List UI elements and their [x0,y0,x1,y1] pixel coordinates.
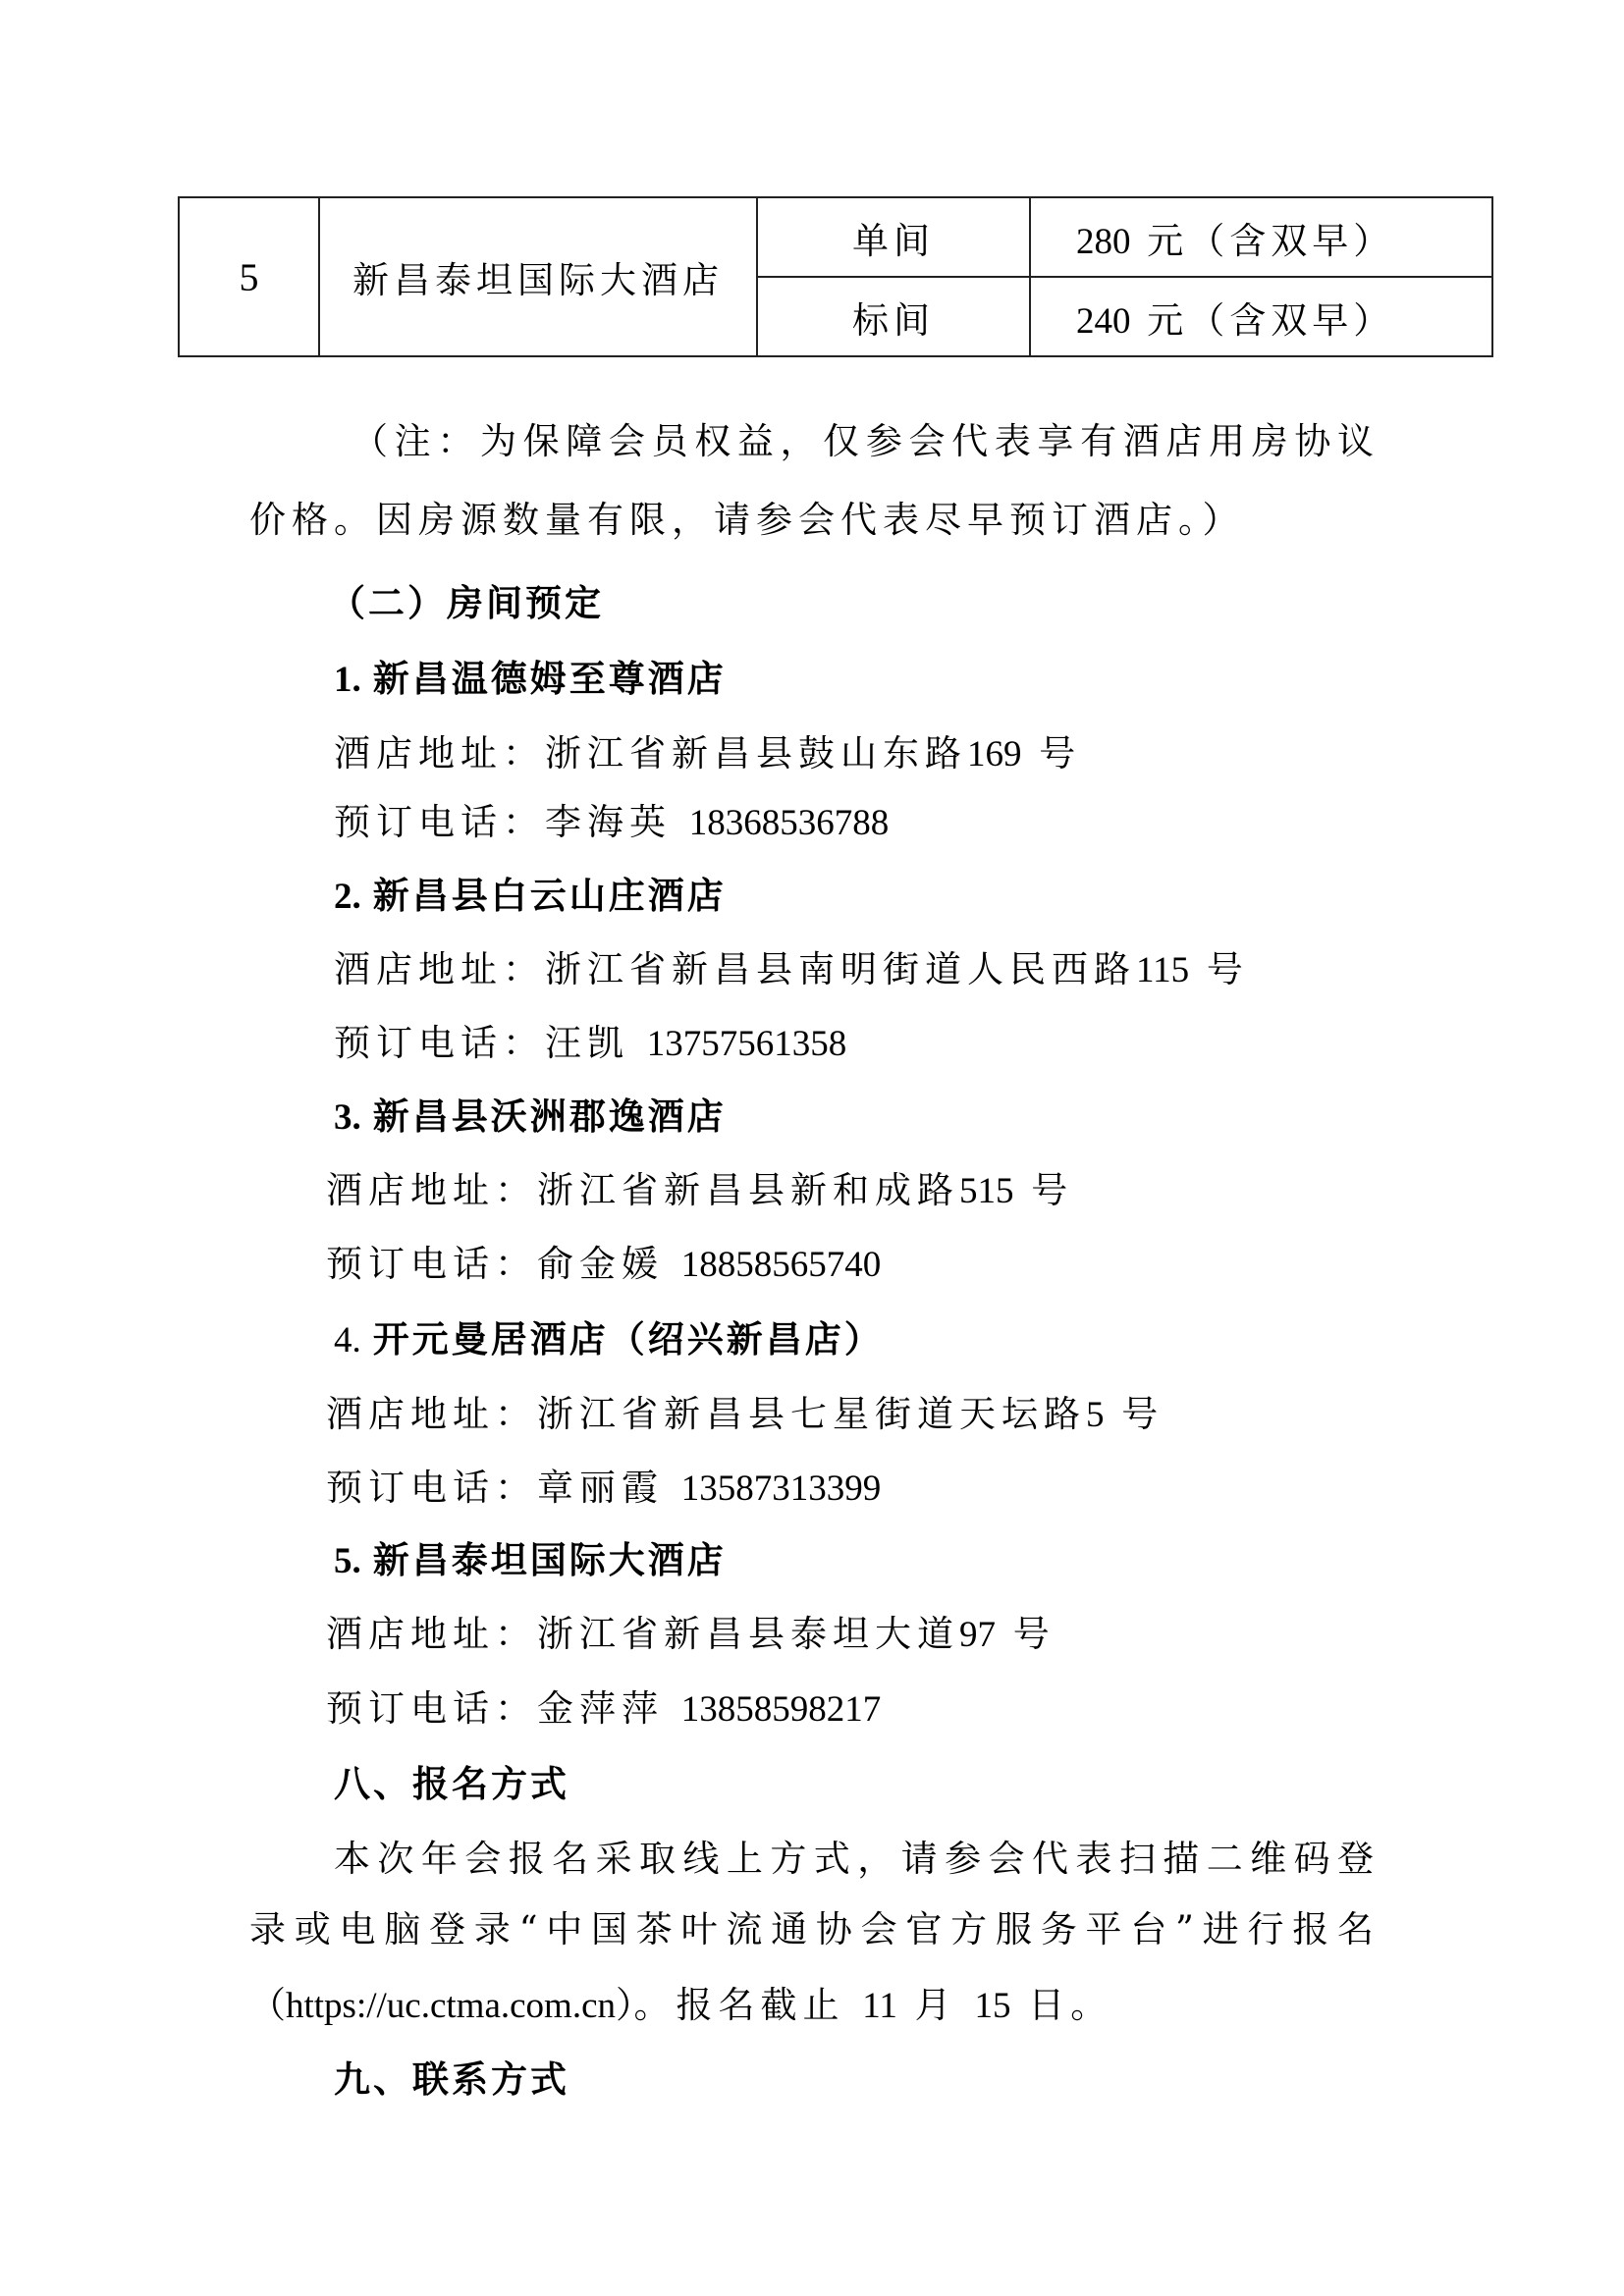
registration-url-link[interactable]: （https://uc.ctma.com.cn） [249,1986,634,2026]
registration-line-3: （https://uc.ctma.com.cn）。报名截止 11 月 15 日。 [249,1981,1112,2031]
document-page: 5 新昌泰坦国际大酒店 单间 280 元（含双早） 标间 240 元（含双早） … [0,0,1624,2296]
hotel-phone-2: 预订电话：汪凯 13757561358 [334,1019,846,1069]
hotel-phone-3: 预订电话：俞金媛 18858565740 [326,1240,881,1290]
hotel-heading-5: 5.新昌泰坦国际大酒店 [334,1536,727,1586]
hotel-address-3: 酒店地址：浙江省新昌县新和成路515 号 [326,1166,1073,1216]
table-cell-room-type: 标间 [757,277,1030,356]
table-cell-price: 240 元（含双早） [1030,277,1492,356]
hotel-phone-1: 预订电话：李海英 18368536788 [334,798,889,848]
table-cell-price: 280 元（含双早） [1030,197,1492,277]
table-cell-room-type: 单间 [757,197,1030,277]
hotel-heading-4: 4.开元曼居酒店（绍兴新昌店） [334,1315,884,1365]
registration-line-1: 本次年会报名采取线上方式，请参会代表扫描二维码登 [334,1835,1380,1884]
note-line-1: （注：为保障会员权益，仅参会代表享有酒店用房协议 [352,417,1380,466]
table-cell-index: 5 [179,197,319,356]
hotel-heading-3: 3.新昌县沃洲郡逸酒店 [334,1093,727,1143]
price-unit: 元（含双早） [1131,299,1395,342]
hotel-address-5: 酒店地址：浙江省新昌县泰坦大道97 号 [326,1610,1056,1660]
section-title-room-booking: （二）房间预定 [329,579,604,628]
section-title-contact: 九、联系方式 [334,2056,569,2105]
note-line-2: 价格。因房源数量有限，请参会代表尽早预订酒店。） [249,496,1245,545]
hotel-phone-4: 预订电话：章丽霞 13587313399 [326,1464,881,1514]
hotel-address-2: 酒店地址：浙江省新昌县南明街道人民西路115 号 [334,945,1249,995]
price-value: 240 [1076,301,1131,342]
hotel-price-table: 5 新昌泰坦国际大酒店 单间 280 元（含双早） 标间 240 元（含双早） [178,196,1493,357]
price-value: 280 [1076,222,1131,262]
registration-line-2: 录或电脑登录“中国茶叶流通协会官方服务平台”进行报名 [249,1905,1380,1954]
hotel-heading-1: 1.新昌温德姆至尊酒店 [334,655,727,705]
hotel-phone-5: 预订电话：金萍萍 13858598217 [326,1684,881,1735]
table-cell-hotel-name: 新昌泰坦国际大酒店 [319,197,757,356]
price-unit: 元（含双早） [1131,220,1395,262]
table-row: 5 新昌泰坦国际大酒店 单间 280 元（含双早） [179,197,1492,277]
hotel-heading-2: 2.新昌县白云山庄酒店 [334,872,727,922]
section-title-registration: 八、报名方式 [334,1760,569,1809]
hotel-address-1: 酒店地址：浙江省新昌县鼓山东路169 号 [334,729,1081,779]
hotel-address-4: 酒店地址：浙江省新昌县七星街道天坛路5 号 [326,1390,1164,1440]
